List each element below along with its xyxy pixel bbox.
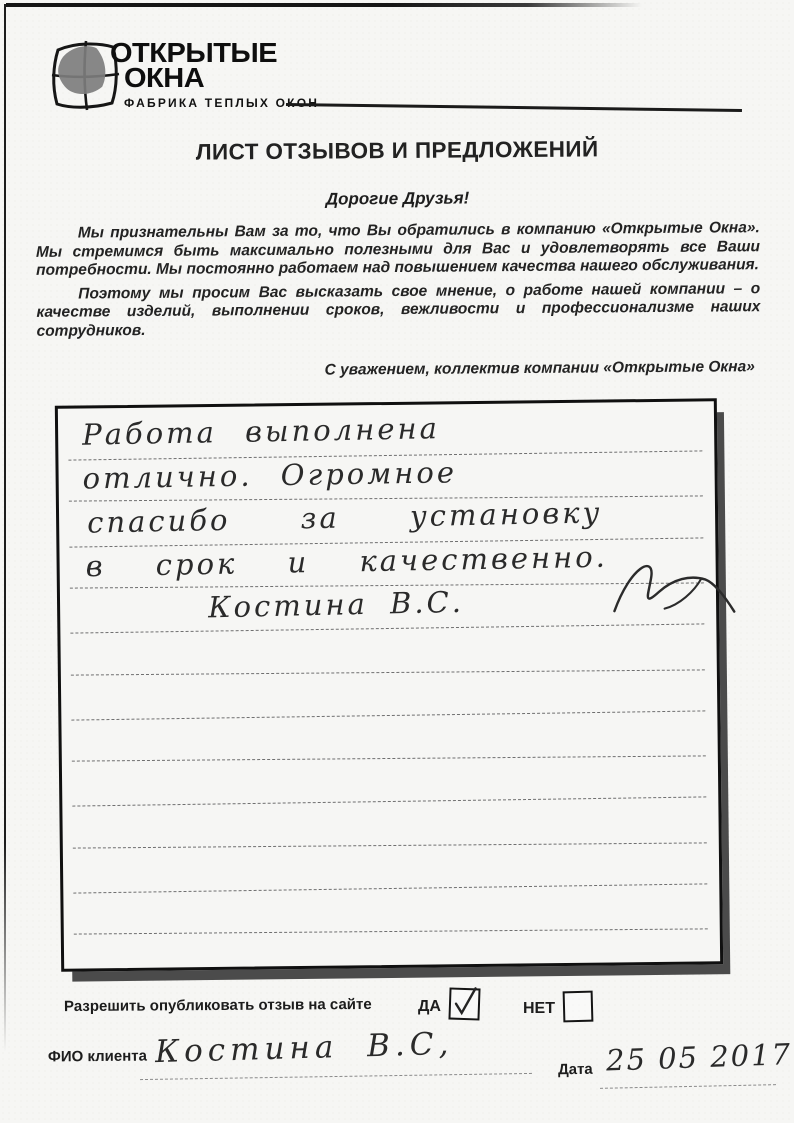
date-line[interactable] — [600, 1084, 776, 1089]
handwritten-review-line-1: Работа выполнена — [82, 411, 440, 452]
signoff-line: С уважением, коллектив компании «Открыты… — [37, 358, 755, 382]
scan-edge-top-artifact — [6, 3, 642, 7]
brand-name-line2: ОКНА — [124, 67, 319, 91]
checkmark-icon — [451, 990, 479, 1019]
intro-paragraph-2: Поэтому мы просим Вас высказать свое мне… — [36, 280, 760, 341]
printed-content: ЛИСТ ОТЗЫВОВ И ПРЕДЛОЖЕНИЙ Дорогие Друзь… — [35, 135, 761, 382]
scan-edge-left-artifact — [4, 4, 6, 1052]
yes-label: ДА — [418, 998, 441, 1016]
client-name-line[interactable] — [140, 1073, 532, 1080]
publish-permission-label: Разрешить опубликовать отзыв на сайте — [64, 996, 372, 1015]
ruled-dashed-line — [72, 756, 706, 762]
scanned-feedback-form: ОТКРЫТЫЕ ОКНА ФАБРИКА ТЕПЛЫХ ОКОН ЛИСТ О… — [0, 0, 794, 1123]
handwritten-date: 25 05 2017г — [605, 1036, 794, 1077]
handwritten-client-name: Костина В.С, — [155, 1026, 454, 1070]
no-checkbox[interactable] — [563, 991, 594, 1023]
form-title: ЛИСТ ОТЗЫВОВ И ПРЕДЛОЖЕНИЙ — [35, 135, 759, 167]
ruled-dashed-line — [72, 797, 706, 807]
client-name-label: ФИО клиента — [48, 1048, 147, 1066]
ruled-dashed-line — [73, 883, 707, 893]
ruled-dashed-line — [71, 669, 705, 675]
date-label: Дата — [558, 1061, 593, 1078]
company-logo: ОТКРЫТЫЕ ОКНА ФАБРИКА ТЕПЛЫХ ОКОН — [44, 32, 319, 114]
header-rule-line — [286, 103, 742, 111]
review-writing-area[interactable]: Работа выполнена отлично. Огромное спаси… — [55, 398, 723, 971]
signature-scribble — [604, 549, 735, 636]
yes-checkbox[interactable] — [448, 987, 480, 1020]
ruled-dashed-line — [74, 929, 708, 935]
ruled-dashed-line — [71, 710, 705, 720]
greeting-heading: Дорогие Друзья! — [35, 186, 759, 212]
intro-paragraph-1: Мы признательны Вам за то, что Вы обрати… — [36, 219, 760, 280]
handwritten-review-line-2: отлично. Огромное — [82, 455, 457, 495]
no-label: НЕТ — [523, 1000, 555, 1018]
handwritten-reviewer-name: Костина В.С. — [208, 585, 465, 625]
ruled-dashed-line — [73, 842, 707, 848]
